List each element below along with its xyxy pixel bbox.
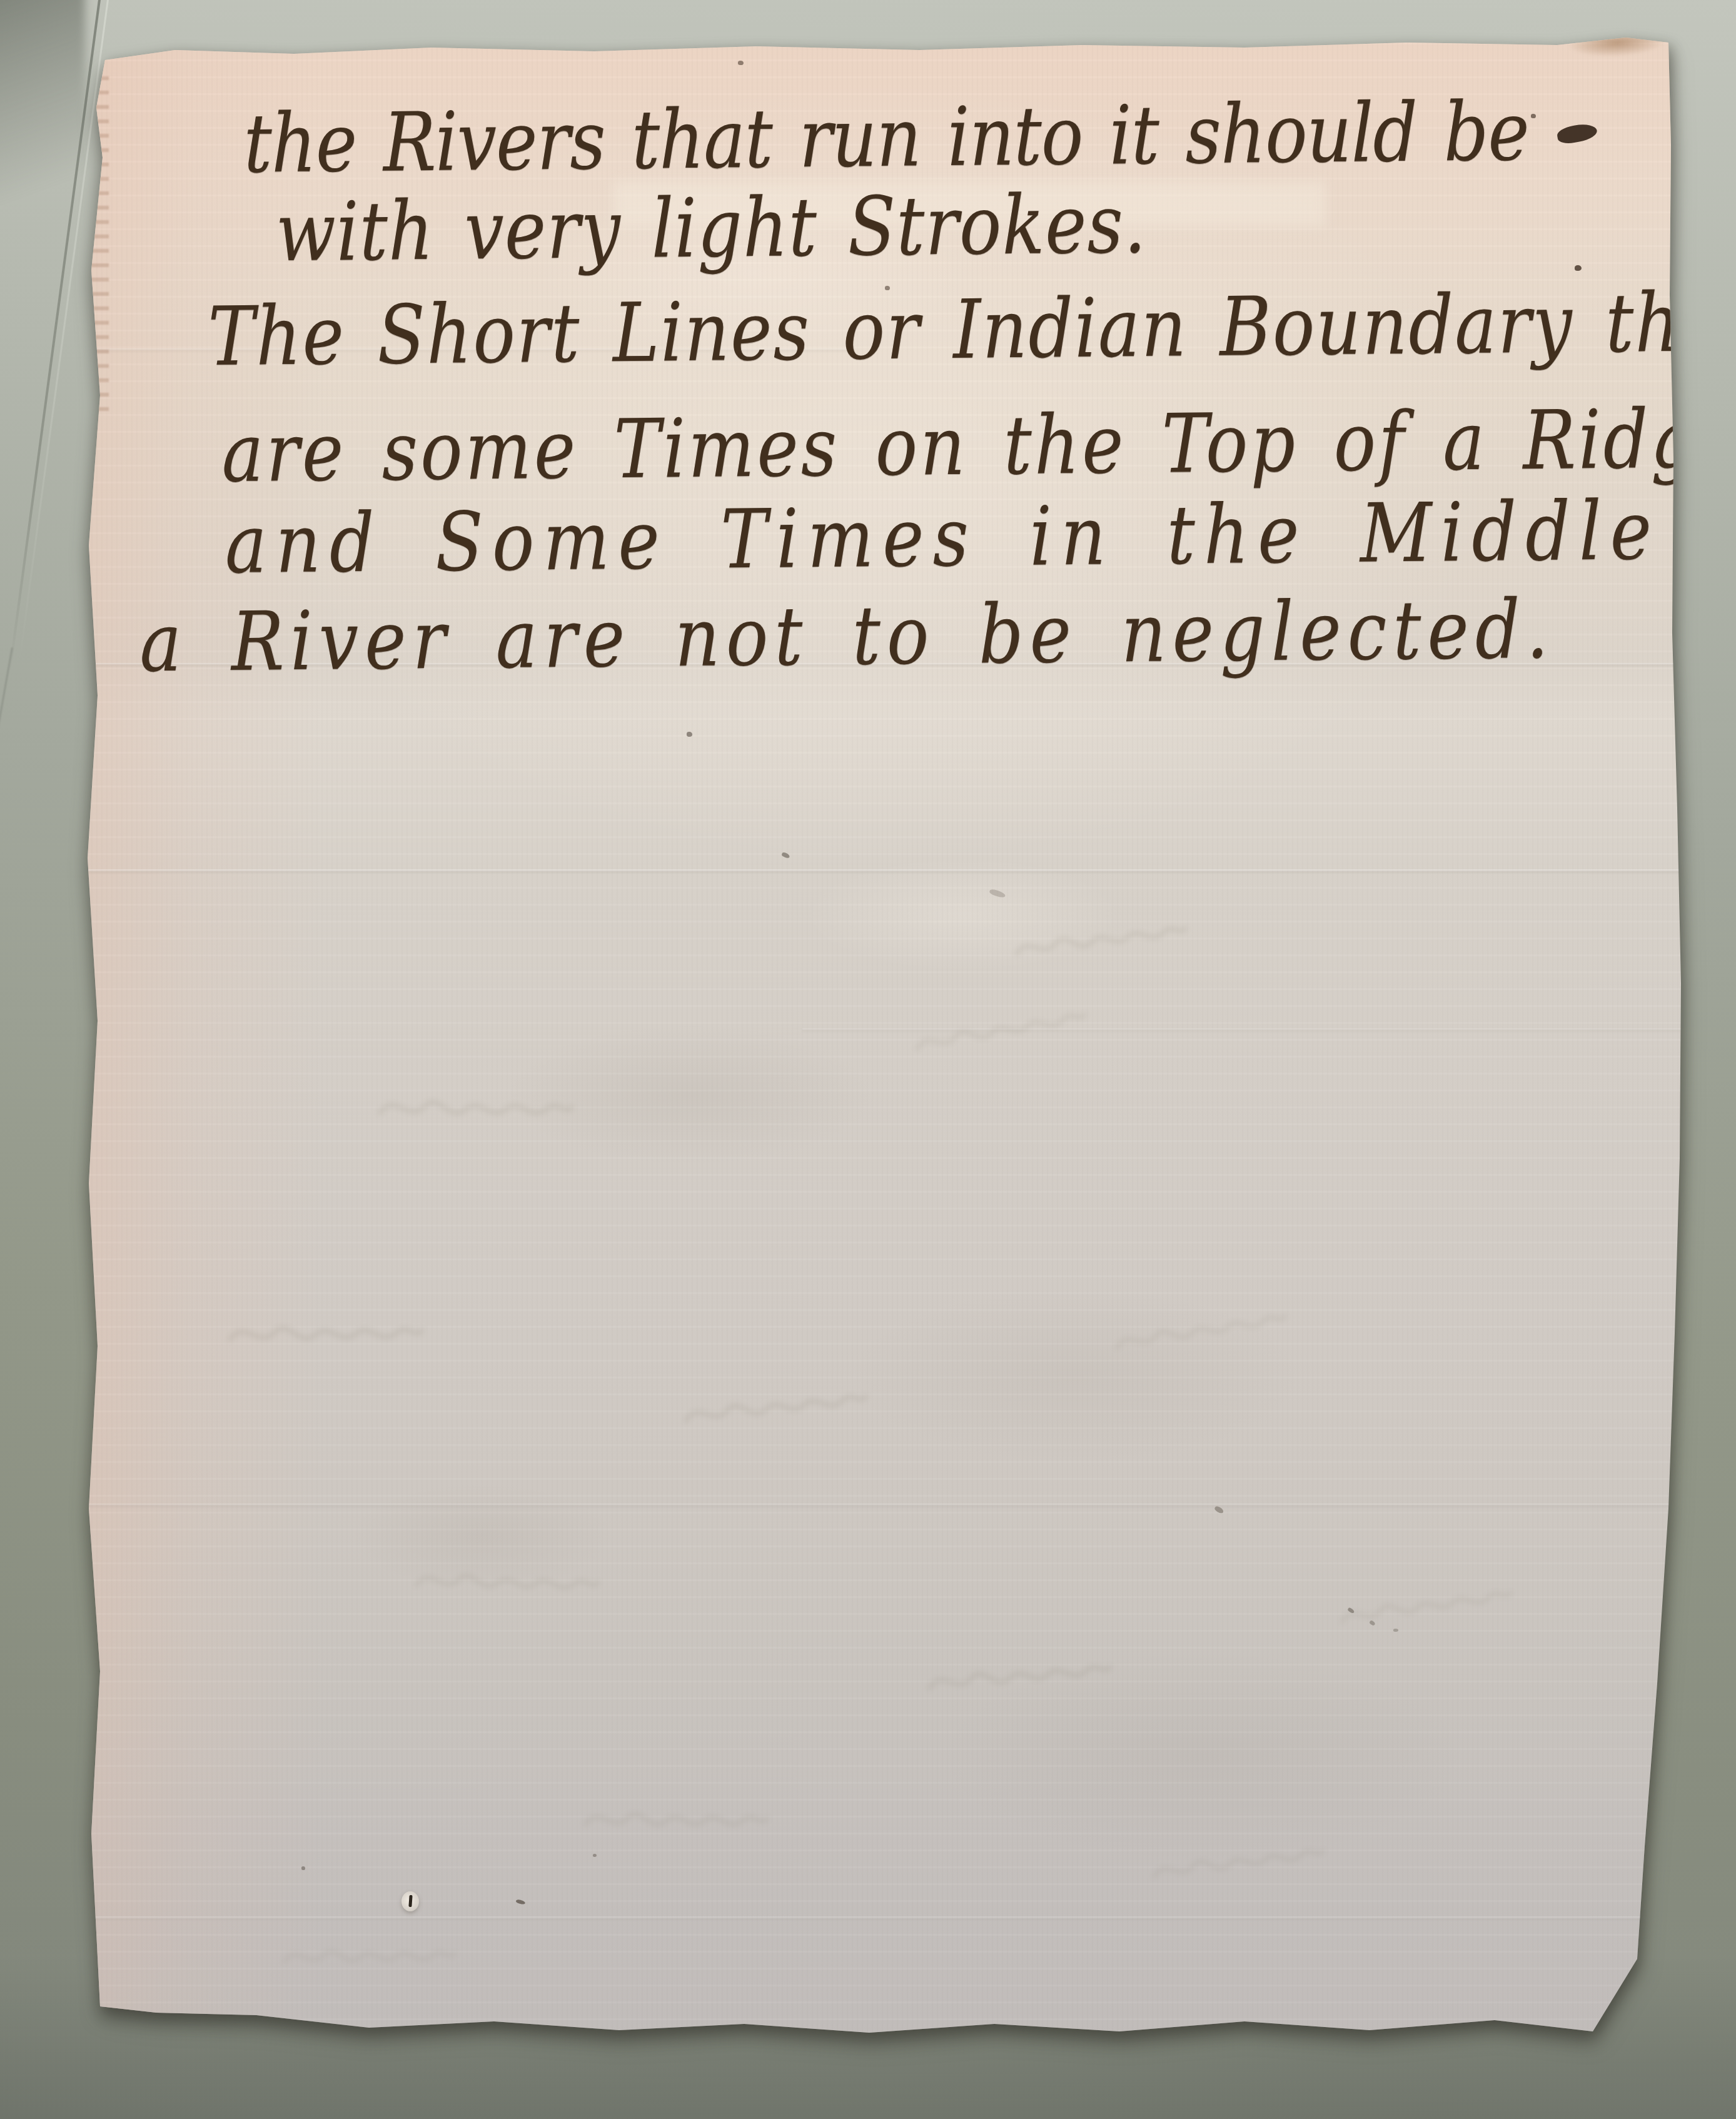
handwriting-line-2: with very light Strokes. (275, 174, 1147, 284)
manuscript-paper-wrap: the Rivers that run into it should be wi… (81, 33, 1683, 2037)
mat-corner-shadow (0, 0, 85, 260)
handwriting-line-6: a River are not to be neglected. (139, 579, 1555, 694)
handwriting-line-5: and Some Times in the Middle of (225, 479, 1736, 596)
handwriting-line-3: The Short Lines or Indian Boundary that (208, 271, 1736, 388)
manuscript-photo: the Rivers that run into it should be wi… (0, 0, 1736, 2119)
manuscript-paper: the Rivers that run into it should be wi… (81, 33, 1683, 2037)
handwriting-block: the Rivers that run into it should be wi… (81, 17, 1703, 2036)
